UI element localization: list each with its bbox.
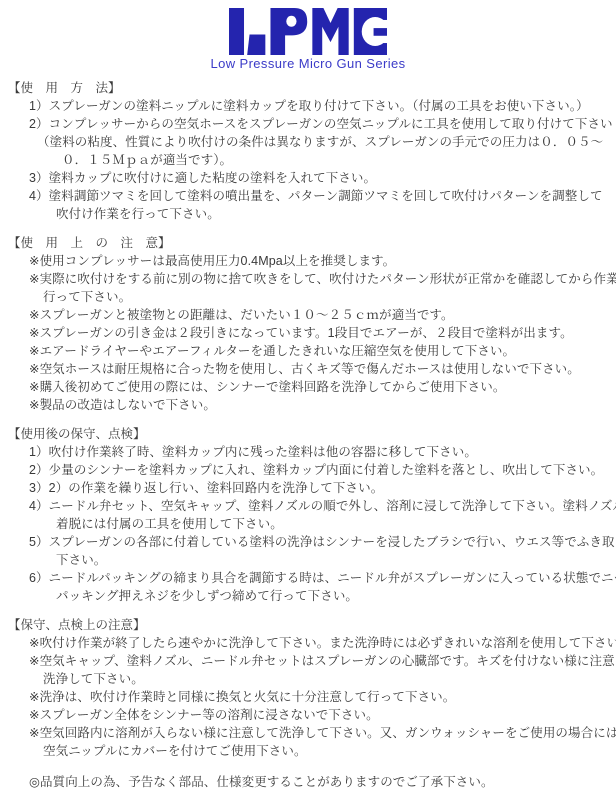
doc-section: 【保守、点検上の注意】 ※吹付け作業が終了したら速やかに洗浄して下さい。また洗浄…: [0, 616, 616, 760]
text-line: 1）スプレーガンの塗料ニップルに塗料カップを取り付けて下さい。（付属の工具をお使…: [0, 97, 616, 115]
text-line: 4）ニードル弁セット、空気キャップ、塗料ノズルの順で外し、溶剤に浸して洗浄して下…: [0, 497, 616, 515]
section-title: 【保守、点検上の注意】: [0, 616, 616, 634]
document-body: 【使 用 方 法】 1）スプレーガンの塗料ニップルに塗料カップを取り付けて下さい…: [0, 71, 616, 760]
text-line: パッキング押えネジを少しずつ締めて行って下さい。: [0, 587, 616, 605]
text-line: 6）ニードルパッキングの締まり具合を調節する時は、ニードル弁がスプレーガンに入っ…: [0, 569, 616, 587]
text-line: ※空気回路内に溶剤が入らない様に注意して洗浄して下さい。又、ガンウォッシャーをご…: [0, 724, 616, 742]
text-line: ０．１５Ｍｐａが適当です）。: [0, 151, 616, 169]
lpmg-logo-icon: [229, 8, 387, 55]
text-line: 3）塗料カップに吹付けに適した粘度の塗料を入れて下さい。: [0, 169, 616, 187]
text-line: 5）スプレーガンの各部に付着している塗料の洗浄はシンナーを浸したブラシで行い、ウ…: [0, 533, 616, 551]
text-line: 洗浄して下さい。: [0, 670, 616, 688]
text-line: 2）コンプレッサーからの空気ホースをスプレーガンの空気ニップルに工具を使用して取…: [0, 115, 616, 133]
text-line: 行って下さい。: [0, 288, 616, 306]
doc-section: 【使用後の保守、点検】 1）吹付け作業終了時、塗料カップ内に残った塗料は他の容器…: [0, 425, 616, 605]
letter-p-shape: [270, 8, 307, 55]
letter-m-shape: [312, 8, 348, 55]
section-lines: 1）スプレーガンの塗料ニップルに塗料カップを取り付けて下さい。（付属の工具をお使…: [0, 97, 616, 223]
text-line: 3）2）の作業を繰り返し行い、塗料回路内を洗浄して下さい。: [0, 479, 616, 497]
text-line: 下さい。: [0, 551, 616, 569]
text-line: ※購入後初めてご使用の際には、シンナーで塗料回路を洗浄してからご使用下さい。: [0, 378, 616, 396]
text-line: 4）塗料調節ツマミを回して塗料の噴出量を、パターン調節ツマミを回して吹付けパター…: [0, 187, 616, 205]
logo-header: LPMG Low Pressure Micro Gun Series: [0, 0, 616, 71]
doc-section: 【使 用 上 の 注 意】 ※使用コンプレッサーは最高使用圧力0.4Mpa以上を…: [0, 234, 616, 414]
section-lines: ※吹付け作業が終了したら速やかに洗浄して下さい。また洗浄時には必ずきれいな溶剤を…: [0, 634, 616, 760]
letter-g-shape: [354, 8, 387, 55]
text-line: ※スプレーガン全体をシンナー等の溶剤に浸さないで下さい。: [0, 706, 616, 724]
text-line: ※エアードライヤーやエアーフィルターを通したきれいな圧縮空気を使用して下さい。: [0, 342, 616, 360]
text-line: ※使用コンプレッサーは最高使用圧力0.4Mpa以上を推奨します。: [0, 252, 616, 270]
section-title: 【使 用 上 の 注 意】: [0, 234, 616, 252]
text-line: ※空気ホースは耐圧規格に合った物を使用し、古くキズ等で傷んだホースは使用しないで…: [0, 360, 616, 378]
logo-subtitle: Low Pressure Micro Gun Series: [0, 56, 616, 71]
text-line: 着脱には付属の工具を使用して下さい。: [0, 515, 616, 533]
section-title: 【使用後の保守、点検】: [0, 425, 616, 443]
letter-l-shape: [229, 8, 265, 55]
text-line: ※空気キャップ、塗料ノズル、ニードル弁セットはスプレーガンの心臓部です。キズを付…: [0, 652, 616, 670]
text-line: 吹付け作業を行って下さい。: [0, 205, 616, 223]
text-line: ※製品の改造はしないで下さい。: [0, 396, 616, 414]
text-line: 空気ニップルにカバーを付けてご使用下さい。: [0, 742, 616, 760]
text-line: ※スプレーガンと被塗物との距離は、だいたい１０～２５ｃｍが適当です。: [0, 306, 616, 324]
doc-section: 【使 用 方 法】 1）スプレーガンの塗料ニップルに塗料カップを取り付けて下さい…: [0, 79, 616, 223]
text-line: ※スプレーガンの引き金は２段引きになっています。1段目でエアーが、２段目で塗料が…: [0, 324, 616, 342]
text-line: （塗料の粘度、性質により吹付けの条件は異なりますが、スプレーガンの手元での圧力は…: [0, 133, 616, 151]
section-title: 【使 用 方 法】: [0, 79, 616, 97]
text-line: ※吹付け作業が終了したら速やかに洗浄して下さい。また洗浄時には必ずきれいな溶剤を…: [0, 634, 616, 652]
text-line: 2）少量のシンナーを塗料カップに入れ、塗料カップ内面に付着した塗料を落とし、吹出…: [0, 461, 616, 479]
section-lines: ※使用コンプレッサーは最高使用圧力0.4Mpa以上を推奨します。 ※実際に吹付け…: [0, 252, 616, 414]
text-line: ※実際に吹付けをする前に別の物に捨て吹きをして、吹付けたパターン形状が正常かを確…: [0, 270, 616, 288]
text-line: 1）吹付け作業終了時、塗料カップ内に残った塗料は他の容器に移して下さい。: [0, 443, 616, 461]
text-line: ※洗浄は、吹付け作業時と同様に換気と火気に十分注意して行って下さい。: [0, 688, 616, 706]
section-lines: 1）吹付け作業終了時、塗料カップ内に残った塗料は他の容器に移して下さい。 2）少…: [0, 443, 616, 605]
footer-note: ◎品質向上の為、予告なく部品、仕様変更することがありますのでご了承下さい。: [0, 773, 616, 791]
